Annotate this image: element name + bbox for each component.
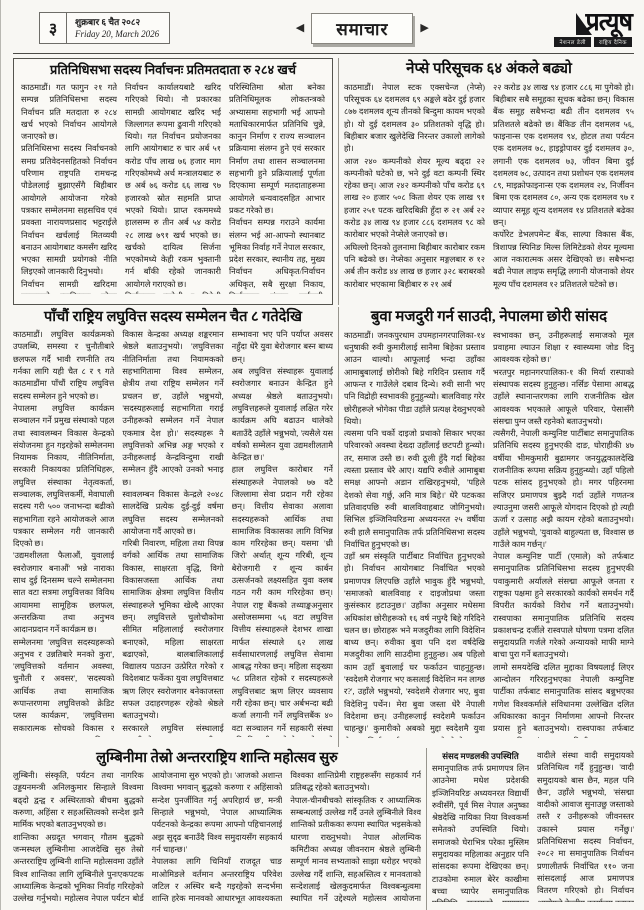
article-nepse-body: काठमाडौं। नेपाल स्टक एक्सचेन्ज (नेप्से) …: [344, 82, 634, 296]
logo-badges: नेशनल डेली राष्ट्रिय दैनिक: [554, 37, 632, 47]
logo-badge-left: नेशनल डेली: [554, 37, 591, 47]
column-divider: [338, 58, 339, 305]
article-column: स्वभावका छन्, उनीहरूलाई समाजको मूल प्रवा…: [493, 330, 634, 738]
date-english: Friday 20, March 2026: [75, 28, 159, 40]
article-election-body: काठमाडौं। गत फागुन २१ गते सम्पन्न प्रतिन…: [21, 82, 325, 294]
column-divider: [338, 307, 339, 747]
logo-row: प्रत्यूष: [576, 10, 632, 35]
masthead: ३ शुक्रबार ६ चैत २०८२ Friday 20, March 2…: [13, 6, 634, 50]
article-column: २२ करोड ३४ लाख ९४ हजार ८८६ मा पुगेको हो।…: [493, 82, 634, 296]
article-column: काठमाडौं। जनकपुरधाम उपमहानगरपालिका-१४ धन…: [344, 330, 485, 738]
continuation-column-wrap: संसद मण्डलकी उपस्थिति समानुपातिक तर्फ प्…: [432, 750, 529, 902]
article-column: समानुपातिक तर्फ प्रमाणपत्र लिन आउनेमा मध…: [432, 763, 529, 902]
article-column: निर्वाचन कार्यालयबाटै खरिद गरिएको थियो। …: [125, 82, 221, 294]
article-sansad-continuation: संसद मण्डलकी उपस्थिति समानुपातिक तर्फ प्…: [432, 748, 634, 910]
article-lumbini-body: लुम्बिनी। संस्कृति, पर्यटन तथा नागरिक उड…: [13, 770, 421, 904]
article-column: वादीले संस्था वादी समुदायको प्रतिनिधित्व…: [537, 750, 634, 902]
article-election: प्रतिनिधिसभा सदस्य निर्वाचनः प्रतिमतदाता…: [13, 58, 333, 305]
article-sansad-continuation-body: संसद मण्डलकी उपस्थिति समानुपातिक तर्फ प्…: [432, 750, 634, 902]
article-sansad-subhead: संसद मण्डलकी उपस्थिति: [432, 750, 529, 762]
article-column: काठमाडौं। गत फागुन २१ गते सम्पन्न प्रतिन…: [21, 82, 117, 294]
article-column: काठमाडौं। लघुवित्त कार्यक्रमको उपलब्धि, …: [13, 329, 114, 737]
bottom-row: लुम्बिनीमा तेस्रो अन्तरराष्ट्रिय शान्ति …: [13, 748, 634, 910]
newspaper-page: ३ शुक्रबार ६ चैत २०८२ Friday 20, March 2…: [0, 0, 644, 910]
prev-arrow-icon: ◀: [296, 23, 304, 34]
column-divider: [426, 748, 427, 910]
article-sansad: बुवा मजदुरी गर्न साउदी, नेपालमा छोरी सां…: [344, 307, 634, 747]
article-lumbini-headline: लुम्बिनीमा तेस्रो अन्तरराष्ट्रिय शान्ति …: [13, 748, 421, 770]
section-nav: ◀ समाचार ▶: [296, 13, 429, 44]
dates: शुक्रबार ६ चैत २०८२ Friday 20, March 202…: [67, 13, 169, 43]
masthead-rule: [13, 53, 634, 54]
top-row: प्रतिनिधिसभा सदस्य निर्वाचनः प्रतिमतदाता…: [13, 58, 634, 305]
article-column: विश्वका शान्तिप्रेमी राष्ट्रहरूसँग सहकार…: [290, 770, 421, 904]
article-laghubitta: पाँचौं राष्ट्रिय लघुवित्त सदस्य सम्मेलन …: [13, 307, 333, 747]
article-nepse-headline: नेप्से परिसूचक ६४ अंकले बढ्यो: [344, 59, 634, 82]
newspaper-logo: प्रत्यूष नेशनल डेली राष्ट्रिय दैनिक: [554, 10, 632, 47]
article-laghubitta-headline: पाँचौं राष्ट्रिय लघुवित्त सदस्य सम्मेलन …: [13, 307, 333, 329]
article-column: विकास केन्द्रका अध्यक्ष शङ्करमान श्रेष्ठ…: [122, 329, 223, 737]
article-column: काठमाडौं। नेपाल स्टक एक्सचेन्ज (नेप्से) …: [344, 82, 485, 296]
article-column: सम्भावना भए पनि पर्याप्त अवसर नहुँदा धेर…: [232, 329, 333, 737]
logo-text: प्रत्यूष: [586, 10, 632, 35]
middle-row: पाँचौं राष्ट्रिय लघुवित्त सदस्य सम्मेलन …: [13, 307, 634, 747]
next-arrow-icon: ▶: [420, 23, 428, 34]
date-box: ३ शुक्रबार ६ चैत २०८२ Friday 20, March 2…: [39, 12, 170, 44]
article-column: आयोजनामा सुरु भएको हो। 'आजको अशान्त विश्…: [152, 770, 283, 904]
article-column: परिस्थितिमा श्रोता बनेका प्रतिनिधिमूलक ल…: [229, 82, 325, 294]
article-column: लुम्बिनी। संस्कृति, पर्यटन तथा नागरिक उड…: [13, 770, 144, 904]
article-lumbini: लुम्बिनीमा तेस्रो अन्तरराष्ट्रिय शान्ति …: [13, 748, 421, 910]
article-sansad-headline: बुवा मजदुरी गर्न साउदी, नेपालमा छोरी सां…: [344, 307, 634, 330]
date-nepali: शुक्रबार ६ चैत २०८२: [75, 16, 159, 28]
article-sansad-body: काठमाडौं। जनकपुरधाम उपमहानगरपालिका-१४ धन…: [344, 330, 634, 738]
section-title: समाचार: [311, 13, 413, 44]
page-number: ३: [40, 13, 67, 43]
article-nepse: नेप्से परिसूचक ६४ अंकले बढ्यो काठमाडौं। …: [344, 58, 634, 305]
article-election-headline: प्रतिनिधिसभा सदस्य निर्वाचनः प्रतिमतदाता…: [21, 62, 325, 82]
article-laghubitta-body: काठमाडौं। लघुवित्त कार्यक्रमको उपलब्धि, …: [13, 329, 333, 737]
logo-badge-right: राष्ट्रिय दैनिक: [594, 37, 632, 47]
